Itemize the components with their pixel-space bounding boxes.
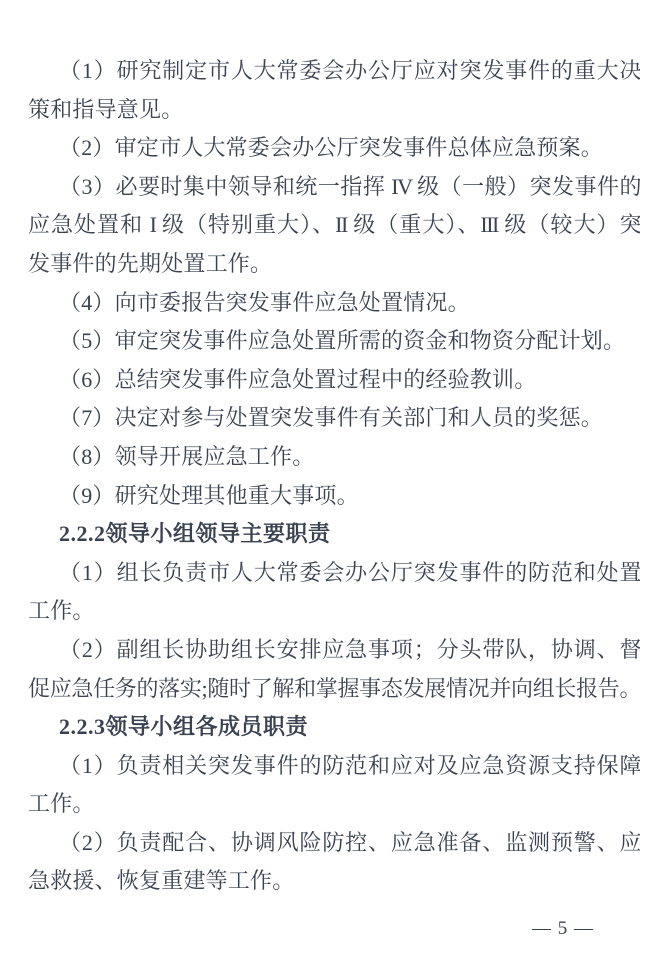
document-page: （1）研究制定市人大常委会办公厅应对突发事件的重大决策和指导意见。（2）审定市人… xyxy=(0,0,650,975)
text-line: 工作。 xyxy=(28,785,640,824)
section-heading: 2.2.3领导小组各成员职责 xyxy=(28,708,640,747)
text-line: （1）负责相关突发事件的防范和应对及应急资源支持保障 xyxy=(28,747,640,786)
text-line: （2）副组长协助组长安排应急事项；分头带队，协调、督 xyxy=(28,631,640,670)
text-line: （5）审定突发事件应急处置所需的资金和物资分配计划。 xyxy=(28,322,640,361)
text-line: （8）领导开展应急工作。 xyxy=(28,438,640,477)
text-line: 工作。 xyxy=(28,592,640,631)
page-number: — 5 — xyxy=(532,912,594,946)
text-line: 发事件的先期处置工作。 xyxy=(28,245,640,284)
text-line: （2）负责配合、协调风险防控、应急准备、监测预警、应 xyxy=(28,824,640,863)
text-line: （1）研究制定市人大常委会办公厅应对突发事件的重大决 xyxy=(28,52,640,91)
text-line: （1）组长负责市人大常委会办公厅突发事件的防范和处置 xyxy=(28,554,640,593)
text-line: （3）必要时集中领导和统一指挥 IV 级（一般）突发事件的 xyxy=(28,168,640,207)
document-body: （1）研究制定市人大常委会办公厅应对突发事件的重大决策和指导意见。（2）审定市人… xyxy=(28,52,640,901)
text-line: 促应急任务的落实;随时了解和掌握事态发展情况并向组长报告。 xyxy=(28,670,640,709)
text-line: （2）审定市人大常委会办公厅突发事件总体应急预案。 xyxy=(28,129,640,168)
text-line: （7）决定对参与处置突发事件有关部门和人员的奖惩。 xyxy=(28,399,640,438)
text-line: 急救援、恢复重建等工作。 xyxy=(28,862,640,901)
text-line: （4）向市委报告突发事件应急处置情况。 xyxy=(28,284,640,323)
text-line: 应急处置和 I 级（特别重大）、II 级（重大）、III 级（较大）突 xyxy=(28,206,640,245)
text-line: （6）总结突发事件应急处置过程中的经验教训。 xyxy=(28,361,640,400)
text-line: （9）研究处理其他重大事项。 xyxy=(28,477,640,516)
section-heading: 2.2.2领导小组领导主要职责 xyxy=(28,515,640,554)
text-line: 策和指导意见。 xyxy=(28,91,640,130)
